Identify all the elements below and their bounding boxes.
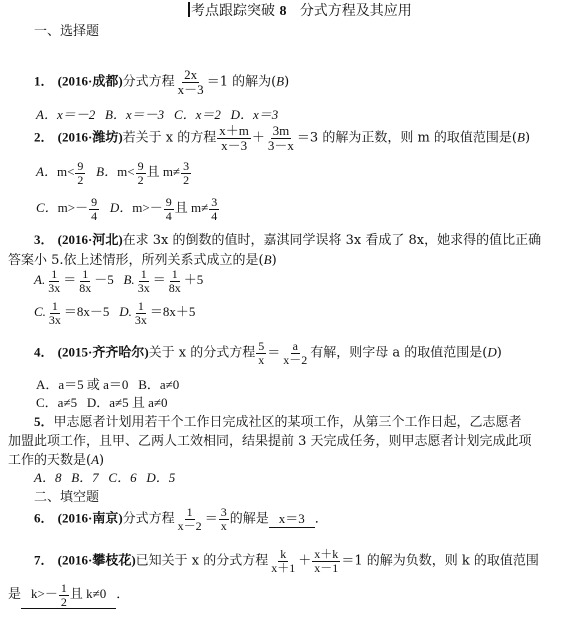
option-b: B．m<92且 m≠32 <box>96 164 192 179</box>
option-d: D．x＝3 <box>231 107 279 122</box>
question-7-line2: 是k>－12且 k≠0． <box>8 582 129 609</box>
question-4: 4． (2015·齐齐哈尔)关于 x 的分式方程5x＝ax－2有解，则字母 a … <box>34 340 502 366</box>
text-cursor <box>188 2 190 17</box>
question-2: 2． (2016·潍坊)若关于 x 的方程x＋mx－3＋3m3－x＝3 的解为正… <box>34 124 530 152</box>
answer: B <box>264 252 272 267</box>
fraction: 3m3－x <box>266 124 296 152</box>
question-3-options-cd: C.13x＝8x－5 D.13x＝8x＋5 <box>34 300 195 326</box>
question-5: 5．甲志愿者计划用若干个工作日完成社区的某项工作，从第三个工作日起，乙志愿者 <box>34 411 522 430</box>
option-a: A．8 <box>34 470 61 485</box>
question-5-options: A．8 B．7 C．6 D．5 <box>34 467 175 486</box>
option-d: D．a≠5 且 a≠0 <box>87 395 168 410</box>
answer-blank: x＝3 <box>269 508 315 528</box>
answer-blank: k>－12且 k≠0 <box>21 582 116 609</box>
question-6: 6． (2016·南京)分式方程1x－2＝3x的解是x＝3． <box>34 506 328 532</box>
question-4-options-ab: A．a＝5 或 a＝0 B．a≠0 <box>36 374 179 393</box>
option-a: A.13x＝18x－5 <box>34 272 114 287</box>
option-a: A．a＝5 或 a＝0 <box>36 377 128 392</box>
option-b: B．a≠0 <box>138 377 179 392</box>
question-1-options: A．x＝－2 B．x＝－3 C．x＝2 D．x＝3 <box>36 104 278 123</box>
question-7: 7． (2016·攀枝花)已知关于 x 的分式方程kx＋1＋x＋kx－1＝1 的… <box>34 548 539 574</box>
option-b: B．x＝－3 <box>105 107 164 122</box>
option-a: A．m<92 <box>36 164 86 179</box>
question-2-options-cd: C．m>－94 D．m>－94且 m≠34 <box>36 196 220 222</box>
question-5-line3: 工作的天数是(A) <box>8 449 104 468</box>
page-title: 考点跟踪突破 8 分式方程及其应用 <box>188 0 412 20</box>
question-1: 1． (2016·成都)分式方程2xx－3＝1 的解为(B) <box>34 68 289 96</box>
option-c: C．6 <box>108 470 136 485</box>
answer: A <box>91 452 99 467</box>
fraction: x＋mx－3 <box>217 124 251 152</box>
fraction: 2xx－3 <box>176 68 206 96</box>
option-a: A．x＝－2 <box>36 107 95 122</box>
option-c: C．m>－94 <box>36 200 100 215</box>
question-3: 3． (2016·河北)在求 3x 的倒数的值时，嘉淇同学误将 3x 看成了 8… <box>34 229 541 248</box>
question-3-line2: 答案小 5.依上述情形，所列关系式成立的是(B) <box>8 249 277 268</box>
section-heading-choice: 一、选择题 <box>34 20 99 39</box>
question-3-options-ab: A.13x＝18x－5 B.13x＝18x＋5 <box>34 268 203 294</box>
option-c: C．a≠5 <box>36 395 77 410</box>
option-b: B．7 <box>71 470 98 485</box>
option-d: D．5 <box>146 470 175 485</box>
question-4-options-cd: C．a≠5 D．a≠5 且 a≠0 <box>36 392 168 411</box>
answer: D <box>487 345 496 360</box>
answer: B <box>517 130 525 145</box>
option-b: B.13x＝18x＋5 <box>123 272 203 287</box>
question-2-options-ab: A．m<92 B．m<92且 m≠32 <box>36 160 192 186</box>
section-heading-fill: 二、填空题 <box>34 486 99 505</box>
option-d: D．m>－94且 m≠34 <box>110 200 220 215</box>
option-c: C．x＝2 <box>174 107 221 122</box>
question-5-line2: 加盟此项工作，且甲、乙两人工效相同，结果提前 3 天完成任务，则甲志愿者计划完成… <box>8 430 532 449</box>
option-c: C.13x＝8x－5 <box>34 304 109 319</box>
option-d: D.13x＝8x＋5 <box>119 304 195 319</box>
answer: B <box>276 74 284 89</box>
